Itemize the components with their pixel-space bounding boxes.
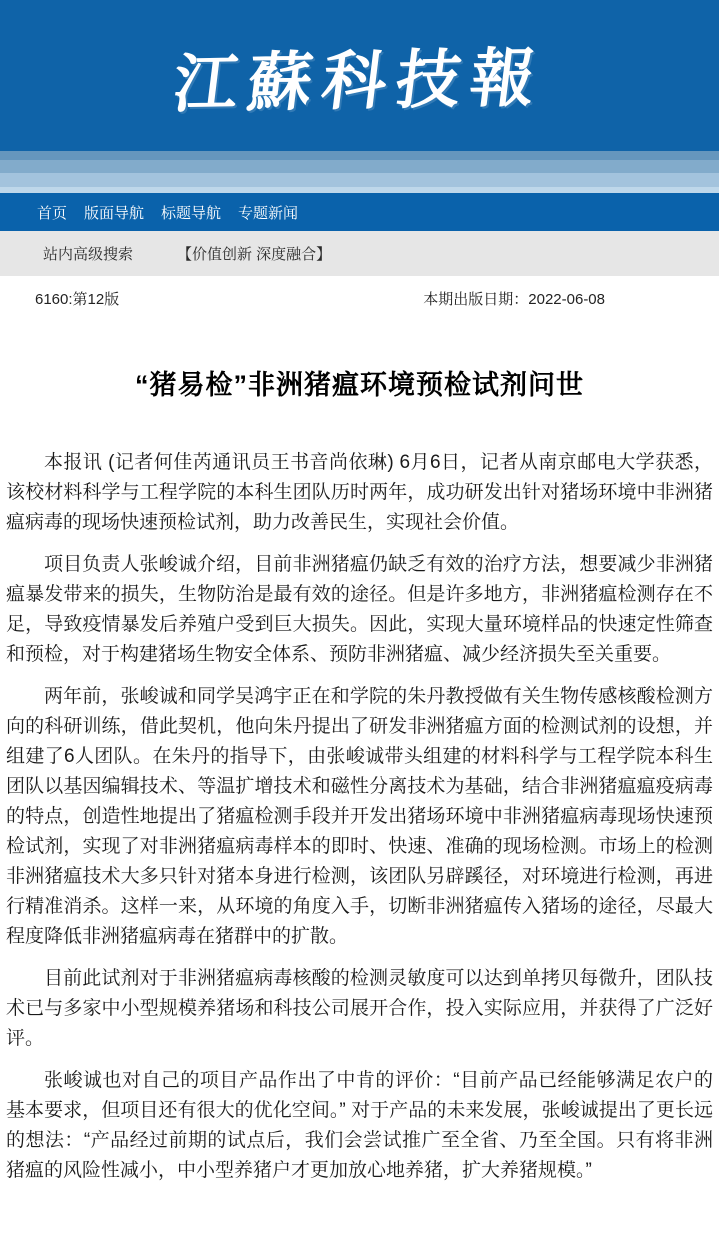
masthead: 江蘇科技報: [0, 0, 719, 151]
issue-number: 6160:第12版: [35, 289, 119, 311]
nav-item-headline-nav[interactable]: 标题导航: [161, 202, 221, 223]
issue-bar: 6160:第12版 本期出版日期：2022-06-08: [0, 289, 719, 311]
stripe-band-1: [0, 151, 719, 160]
article-paragraph-3: 两年前，张峻诚和同学吴鸿宇正在和学院的朱丹教授做有关生物传感核酸检测方向的科研训…: [6, 682, 713, 952]
stripe-band-3: [0, 173, 719, 187]
article-title: “猪易检”非洲猪瘟环境预检试剂问世: [0, 363, 719, 402]
advanced-search-link[interactable]: 站内高级搜索: [43, 243, 133, 264]
nav-item-page-nav[interactable]: 版面导航: [84, 202, 144, 223]
article-paragraph-5: 张峻诚也对自己的项目产品作出了中肯的评价：“目前产品已经能够满足农户的基本要求，…: [6, 1066, 713, 1186]
sub-nav: 站内高级搜索 【价值创新 深度融合】: [0, 231, 719, 276]
stripe-band-2: [0, 160, 719, 173]
article-paragraph-2: 项目负责人张峻诚介绍，目前非洲猪瘟仍缺乏有效的治疗方法，想要减少非洲猪瘟暴发带来…: [6, 550, 713, 670]
article-body: 本报讯 (记者何佳芮通讯员王书音尚依琳) 6月6日，记者从南京邮电大学获悉，该校…: [0, 448, 719, 1238]
publish-date: 本期出版日期：2022-06-08: [423, 289, 605, 311]
site-slogan: 【价值创新 深度融合】: [177, 243, 331, 264]
nav-item-home[interactable]: 首页: [37, 202, 67, 223]
main-nav: 首页 版面导航 标题导航 专题新闻: [0, 193, 719, 231]
newspaper-logo[interactable]: 江蘇科技報: [168, 26, 550, 124]
nav-item-special-news[interactable]: 专题新闻: [238, 202, 298, 223]
article-paragraph-4: 目前此试剂对于非洲猪瘟病毒核酸的检测灵敏度可以达到单拷贝每微升，团队技术已与多家…: [6, 964, 713, 1054]
decorative-stripes: [0, 151, 719, 193]
article-paragraph-1: 本报讯 (记者何佳芮通讯员王书音尚依琳) 6月6日，记者从南京邮电大学获悉，该校…: [6, 448, 713, 538]
page: 江蘇科技報 首页 版面导航 标题导航 专题新闻 站内高级搜索 【价值创新 深度融…: [0, 0, 719, 1238]
